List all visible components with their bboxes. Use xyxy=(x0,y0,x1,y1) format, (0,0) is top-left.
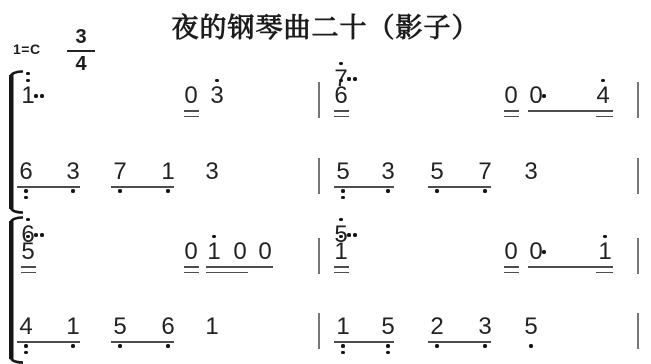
duration-dot xyxy=(542,94,546,98)
duration-underline xyxy=(504,272,519,274)
duration-dot xyxy=(542,250,546,254)
duration-underline xyxy=(21,272,36,274)
duration-underline xyxy=(184,272,199,274)
duration-underline xyxy=(334,110,349,112)
note-number: 1 xyxy=(597,240,613,264)
note-number: 3 xyxy=(523,160,539,184)
note-glyph: 1 xyxy=(597,240,613,264)
note-number: 6 xyxy=(160,315,176,339)
octave-up-dot xyxy=(26,72,30,76)
barline xyxy=(637,313,639,349)
note-number: 6 xyxy=(333,84,349,108)
rest-number: 0 xyxy=(528,240,544,264)
octave-up-dot xyxy=(215,79,219,83)
note-number: 1 xyxy=(20,84,36,108)
octave-up-dot xyxy=(212,235,216,239)
note-glyph: 0 xyxy=(183,84,199,108)
note-number: 5 xyxy=(380,315,396,339)
note-glyph: 3 xyxy=(209,84,225,108)
beam-line xyxy=(206,272,248,274)
rest-number: 0 xyxy=(183,84,199,108)
octave-down-dot xyxy=(435,189,439,193)
duration-dot xyxy=(34,94,38,98)
note-glyph: 1 xyxy=(333,240,349,264)
octave-down-dot xyxy=(483,189,487,193)
note-glyph: 5 xyxy=(112,315,128,339)
rest-number: 0 xyxy=(257,240,273,264)
octave-down-dot xyxy=(341,344,345,348)
octave-down-dot xyxy=(166,189,170,193)
octave-down-dot xyxy=(24,344,28,348)
note-glyph: 0 xyxy=(257,240,273,264)
beam-line xyxy=(111,186,174,188)
duration-underline xyxy=(504,116,519,118)
octave-up-dot xyxy=(26,218,30,222)
note-glyph: 0 xyxy=(232,240,248,264)
note-number: 7 xyxy=(477,160,493,184)
note-number: 4 xyxy=(595,84,611,108)
note-glyph: 2 xyxy=(429,315,445,339)
octave-down-dot xyxy=(386,351,390,355)
rest-number: 0 xyxy=(528,84,544,108)
octave-down-dot xyxy=(386,189,390,193)
octave-up-dot xyxy=(603,235,607,239)
rest-number: 0 xyxy=(503,240,519,264)
duration-dot xyxy=(40,233,44,237)
note-glyph: 0 xyxy=(503,240,519,264)
octave-up-dot xyxy=(339,218,343,222)
rest-number: 0 xyxy=(183,240,199,264)
duration-dot xyxy=(40,94,44,98)
note-number: 1 xyxy=(335,315,351,339)
duration-dot xyxy=(34,233,38,237)
barline xyxy=(637,82,639,118)
octave-down-dot xyxy=(24,351,28,355)
note-glyph: 3 xyxy=(523,160,539,184)
note-number: 3 xyxy=(204,160,220,184)
beam-line xyxy=(596,116,613,118)
rest-number: 0 xyxy=(503,84,519,108)
note-number: 2 xyxy=(429,315,445,339)
beam-line xyxy=(596,272,613,274)
note-number: 5 xyxy=(20,240,36,264)
octave-down-dot xyxy=(71,344,75,348)
note-glyph: 1 xyxy=(204,315,220,339)
note-glyph: 3 xyxy=(477,315,493,339)
note-glyph: 0 xyxy=(503,84,519,108)
beam-line xyxy=(206,266,273,268)
note-number: 3 xyxy=(380,160,396,184)
barline xyxy=(637,158,639,194)
note-glyph: 5 xyxy=(429,160,445,184)
octave-down-dot xyxy=(483,344,487,348)
beam-line xyxy=(111,341,174,343)
note-glyph: 7 xyxy=(112,160,128,184)
octave-up-dot xyxy=(339,79,343,83)
duration-underline xyxy=(21,266,36,268)
note-glyph: 3 xyxy=(380,160,396,184)
note-number: 4 xyxy=(18,315,34,339)
note-glyph: 1 xyxy=(206,240,222,264)
note-number: 1 xyxy=(160,160,176,184)
note-glyph: 5 xyxy=(380,315,396,339)
score-area: 103760046371353573650100510014156115235 xyxy=(0,0,651,364)
beam-line xyxy=(334,186,394,188)
octave-up-dot xyxy=(26,235,30,239)
beam-line xyxy=(428,186,491,188)
note-number: 5 xyxy=(335,160,351,184)
note-glyph: 4 xyxy=(595,84,611,108)
barline xyxy=(318,158,320,194)
note-number: 1 xyxy=(206,240,222,264)
duration-underline xyxy=(184,110,199,112)
octave-down-dot xyxy=(24,196,28,200)
sheet-music-page: 夜的钢琴曲二十（影子） 1=C 3 4 10376004637135357365… xyxy=(0,0,651,364)
note-glyph: 4 xyxy=(18,315,34,339)
duration-dot xyxy=(353,77,357,81)
beam-line xyxy=(17,341,80,343)
note-glyph: 6 xyxy=(160,315,176,339)
note-number: 5 xyxy=(523,315,539,339)
note-glyph: 5 xyxy=(335,160,351,184)
note-glyph: 1 xyxy=(65,315,81,339)
duration-underline xyxy=(184,266,199,268)
rest-number: 0 xyxy=(232,240,248,264)
note-glyph: 6 xyxy=(333,84,349,108)
note-glyph: 5 xyxy=(20,240,36,264)
duration-underline xyxy=(184,116,199,118)
note-glyph: 3 xyxy=(65,160,81,184)
octave-down-dot xyxy=(386,344,390,348)
octave-down-dot xyxy=(341,189,345,193)
note-number: 1 xyxy=(65,315,81,339)
note-number: 3 xyxy=(65,160,81,184)
octave-down-dot xyxy=(435,344,439,348)
octave-up-dot xyxy=(26,79,30,83)
octave-down-dot xyxy=(118,344,122,348)
note-number: 3 xyxy=(209,84,225,108)
note-glyph: 1 xyxy=(160,160,176,184)
duration-dot xyxy=(347,233,351,237)
note-glyph: 7 xyxy=(477,160,493,184)
note-glyph: 5 xyxy=(523,315,539,339)
duration-dot xyxy=(353,233,357,237)
duration-underline xyxy=(504,110,519,112)
octave-down-dot xyxy=(341,351,345,355)
note-number: 6 xyxy=(18,160,34,184)
octave-down-dot xyxy=(166,344,170,348)
note-number: 5 xyxy=(112,315,128,339)
octave-up-dot xyxy=(339,62,343,66)
note-number: 1 xyxy=(333,240,349,264)
barline xyxy=(318,238,320,274)
duration-underline xyxy=(334,116,349,118)
octave-up-dot xyxy=(601,79,605,83)
beam-line xyxy=(17,186,80,188)
duration-dot xyxy=(347,77,351,81)
note-number: 3 xyxy=(477,315,493,339)
barline xyxy=(318,313,320,349)
beam-line xyxy=(528,110,613,112)
note-glyph: 6 xyxy=(18,160,34,184)
beam-line xyxy=(528,266,613,268)
octave-down-dot xyxy=(24,189,28,193)
note-glyph: 3 xyxy=(204,160,220,184)
octave-up-dot xyxy=(339,235,343,239)
barline xyxy=(637,238,639,274)
note-number: 7 xyxy=(112,160,128,184)
duration-underline xyxy=(334,266,349,268)
octave-down-dot xyxy=(118,189,122,193)
octave-down-dot xyxy=(529,344,533,348)
beam-line xyxy=(334,341,394,343)
octave-down-dot xyxy=(71,189,75,193)
note-glyph: 0 xyxy=(183,240,199,264)
duration-underline xyxy=(504,266,519,268)
note-number: 1 xyxy=(204,315,220,339)
beam-line xyxy=(428,341,491,343)
duration-underline xyxy=(334,272,349,274)
barline xyxy=(318,82,320,118)
note-glyph: 1 xyxy=(335,315,351,339)
note-number: 5 xyxy=(429,160,445,184)
octave-down-dot xyxy=(341,196,345,200)
